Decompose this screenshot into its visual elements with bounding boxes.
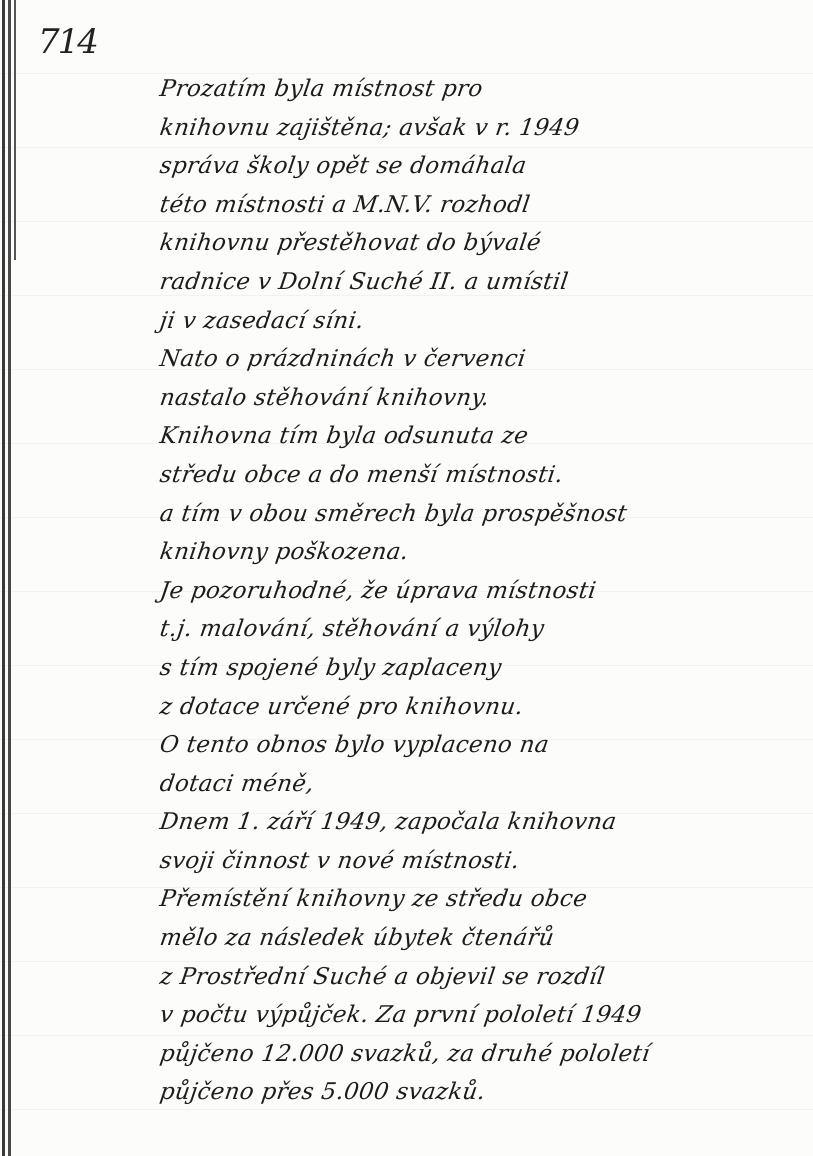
text-line: půjčeno přes 5.000 svazků. bbox=[157, 1073, 802, 1112]
text-line: knihovnu přestěhovat do bývalé bbox=[157, 224, 802, 263]
text-line: této místnosti a M.N.V. rozhodl bbox=[157, 186, 802, 225]
text-line: knihovnu zajištěna; avšak v r. 1949 bbox=[157, 109, 802, 148]
binding-edge bbox=[0, 0, 20, 1156]
text-line: Dnem 1. září 1949, započala knihovna bbox=[157, 803, 802, 842]
text-line: dotaci méně, bbox=[157, 765, 802, 804]
text-line: ji v zasedací síni. bbox=[157, 302, 802, 341]
text-line: s tím spojené byly zaplaceny bbox=[157, 649, 802, 688]
page-number: 714 bbox=[38, 22, 97, 62]
text-line: nastalo stěhování knihovny. bbox=[157, 379, 802, 418]
text-line: středu obce a do menší místnosti. bbox=[157, 456, 802, 495]
text-line: správa školy opět se domáhala bbox=[157, 147, 802, 186]
scanned-page: 714 Prozatím byla místnost pro knihovnu … bbox=[0, 0, 813, 1156]
text-line: půjčeno 12.000 svazků, za druhé pololetí bbox=[157, 1035, 802, 1074]
binding-line bbox=[8, 0, 11, 1156]
text-line: v počtu výpůjček. Za první pololetí 1949 bbox=[157, 996, 802, 1035]
text-line: Nato o prázdninách v červenci bbox=[157, 340, 802, 379]
text-line: knihovny poškozena. bbox=[157, 533, 802, 572]
text-line: radnice v Dolní Suché II. a umístil bbox=[157, 263, 802, 302]
text-line: Je pozoruhodné, že úprava místnosti bbox=[157, 572, 802, 611]
text-line: Knihovna tím byla odsunuta ze bbox=[157, 417, 802, 456]
text-line: mělo za následek úbytek čtenářů bbox=[157, 919, 802, 958]
text-line: a tím v obou směrech byla prospěšnost bbox=[157, 495, 802, 534]
text-line: Prozatím byla místnost pro bbox=[157, 70, 802, 109]
binding-line bbox=[2, 0, 5, 1156]
text-line: z dotace určené pro knihovnu. bbox=[157, 688, 802, 727]
text-line: O tento obnos bylo vyplaceno na bbox=[157, 726, 802, 765]
text-line: z Prostřední Suché a objevil se rozdíl bbox=[157, 958, 802, 997]
text-line: t.j. malování, stěhování a výlohy bbox=[157, 610, 802, 649]
text-line: svoji činnost v nové místnosti. bbox=[157, 842, 802, 881]
handwritten-text: Prozatím byla místnost pro knihovnu zaji… bbox=[160, 70, 800, 1112]
binding-line bbox=[14, 0, 16, 260]
text-line: Přemístění knihovny ze středu obce bbox=[157, 880, 802, 919]
